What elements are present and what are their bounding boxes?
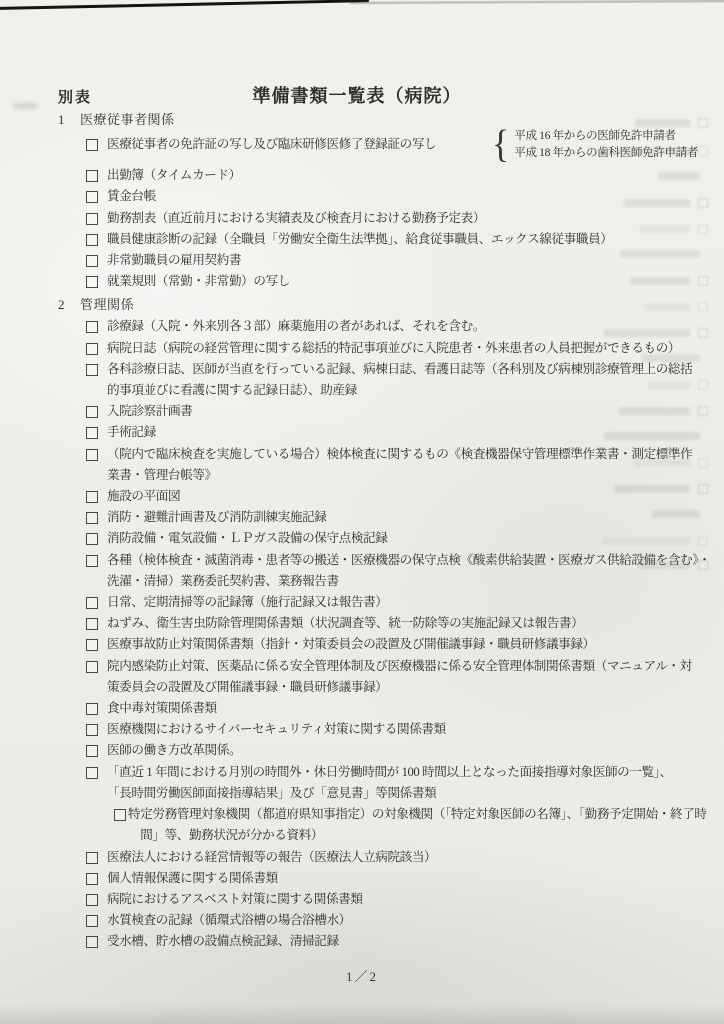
bleed-through-text-blur: [642, 354, 700, 362]
checkbox-icon: [86, 852, 98, 864]
section-number: 1: [58, 109, 80, 131]
bleed-through-text-blur: [634, 459, 690, 467]
item-text-line: 食中毒対策関係書類: [107, 698, 704, 719]
checkbox-icon: [86, 449, 98, 461]
item-text-line: 非常勤職員の雇用契約書: [107, 250, 704, 271]
scan-smudge-artifact: [12, 102, 38, 110]
bleed-through-text-blur: [604, 432, 700, 440]
item-text-line: 水質検査の記録（循環式浴槽の場合浴槽水）: [107, 910, 704, 931]
item-text: （院内で臨床検査を実施している場合）検体検査に関するもの《検査機器保守管理標準作…: [107, 444, 704, 486]
checkbox-icon: [86, 406, 98, 418]
item-text: 「直近 1 年間における月別の時間外・休日労働時間が 100 時間以上となった面…: [107, 762, 704, 804]
bleed-through-checkbox-blur: [698, 406, 708, 416]
bleed-through-text-blur: [635, 119, 690, 127]
bleed-through-artifact: [644, 302, 708, 312]
item-text: ねずみ、衛生害虫防除管理関係書類（状況調査等、統一防除等の実施記録又は報告書）: [107, 613, 704, 634]
item-text-line: 院内感染防止対策、医薬品に係る安全管理体制及び医療機器に係る安全管理体制関係書類…: [107, 656, 704, 677]
bleed-through-artifact: [604, 432, 708, 440]
checklist-item: 入院診察計画書: [58, 401, 704, 422]
checkbox-icon: [86, 703, 98, 715]
checklist-item: 消防・避難計画書及び消防訓練実施記録: [58, 507, 704, 528]
bleed-through-artifact: [620, 250, 708, 258]
item-text-line: 洗濯・清掃）業務委託契約書、業務報告書: [107, 571, 704, 592]
checkbox-icon: [86, 491, 98, 503]
item-text-line: 各科診療日誌、医師が当直を行っている記録、病棟日誌、看護日誌等（各科別及び病棟別…: [107, 359, 704, 380]
bleed-through-checkbox-blur: [698, 276, 708, 286]
bleed-through-artifact: [648, 380, 708, 390]
bleed-through-text-blur: [640, 225, 690, 233]
checklist-item: 就業規則（常勤・非常勤）の写し: [58, 271, 704, 292]
checkbox-icon: [86, 321, 98, 333]
bleed-through-checkbox-blur: [698, 560, 708, 570]
scan-edge-artifact: [350, 0, 724, 4]
item-text-line: 受水槽、貯水槽の設備点検記録、清掃記録: [107, 931, 704, 952]
bleed-through-text-blur: [652, 510, 700, 518]
checklist-item: 非常勤職員の雇用契約書: [58, 250, 704, 271]
checklist-item: 特定労務管理対象機関（都道府県知事指定）の対象機関（「特定対象医師の名簿」、「勤…: [58, 804, 704, 846]
checkbox-icon: [86, 745, 98, 757]
bleed-through-text-blur: [630, 277, 690, 285]
scanned-document-page: 別表 準備書類一覧表（病院） 1医療従事者関係医療従事者の免許証の写し及び臨床研…: [0, 0, 724, 1024]
item-text-line: 医療法人における経営情報等の報告（医療法人立病院該当）: [107, 847, 704, 868]
bleed-through-text-blur: [620, 250, 700, 258]
checklist-item: 医師の働き方改革関係。: [58, 740, 704, 761]
checklist-item: 職員健康診断の記録（全職員「労働安全衛生法準拠」、給食従事職員、エックス線従事職…: [58, 229, 704, 250]
item-text: 病院におけるアスベスト対策に関する関係書類: [107, 889, 704, 910]
checklist-item: 病院日誌（病院の経営管理に関する総括的特記事項並びに入院患者・外来患者の人員把握…: [58, 338, 704, 359]
bleed-through-checkbox-blur: [698, 458, 708, 468]
checklist-item: 日常、定期清掃等の記録簿（施行記録又は報告書）: [58, 592, 704, 613]
checkbox-icon: [86, 139, 98, 151]
checklist-item: （院内で臨床検査を実施している場合）検体検査に関するもの《検査機器保守管理標準作…: [58, 444, 704, 486]
item-text: 受水槽、貯水槽の設備点検記録、清掃記録: [107, 931, 704, 952]
section-heading-label: 医療従事者関係: [80, 109, 175, 131]
item-text-line: 特定労務管理対象機関（都道府県知事指定）の対象機関（「特定対象医師の名簿」、「勤…: [128, 804, 704, 825]
bleed-through-checkbox-blur: [698, 484, 708, 494]
bleed-through-artifact: [630, 276, 708, 286]
checklist-item: 勤務割表（直近前月における実績表及び検査月における勤務予定表）: [58, 208, 704, 229]
checkbox-icon: [86, 364, 98, 376]
item-text: 各科診療日誌、医師が当直を行っている記録、病棟日誌、看護日誌等（各科別及び病棟別…: [107, 359, 704, 401]
checklist-item: 賃金台帳: [58, 186, 704, 207]
item-text: 出勤簿（タイムカード）: [107, 165, 704, 186]
checkbox-icon: [86, 276, 98, 288]
item-text: 院内感染防止対策、医薬品に係る安全管理体制及び医療機器に係る安全管理体制関係書類…: [107, 656, 704, 698]
checkbox-icon: [86, 894, 98, 906]
item-text-line: 的事項並びに看護に関する記録日誌）、助産録: [107, 380, 704, 401]
item-text: 日常、定期清掃等の記録簿（施行記録又は報告書）: [107, 592, 704, 613]
bleed-through-artifact: [618, 406, 708, 416]
checkbox-icon: [86, 936, 98, 948]
item-text-line: 就業規則（常勤・非常勤）の写し: [107, 271, 704, 292]
bleed-through-text-blur: [604, 329, 690, 337]
bleed-through-checkbox-blur: [698, 328, 708, 338]
bleed-through-artifact: [604, 328, 708, 338]
checklist-item: 医療法人における経営情報等の報告（医療法人立病院該当）: [58, 847, 704, 868]
section-heading-label: 管理関係: [80, 294, 134, 316]
brace-icon: {: [492, 125, 509, 164]
checkbox-icon: [86, 618, 98, 630]
bleed-through-text-blur: [638, 561, 690, 569]
item-text: 医療法人における経営情報等の報告（医療法人立病院該当）: [107, 847, 704, 868]
checkbox-icon: [86, 234, 98, 246]
item-text: 食中毒対策関係書類: [107, 698, 704, 719]
document-header: 別表 準備書類一覧表（病院）: [58, 82, 682, 108]
item-text-line: 医療機関におけるサイバーセキュリティ対策に関する関係書類: [107, 719, 704, 740]
bleed-through-artifact: [658, 172, 708, 180]
item-text-line: 職員健康診断の記録（全職員「労働安全衛生法準拠」、給食従事職員、エックス線従事職…: [107, 229, 704, 250]
item-text-line: 出勤簿（タイムカード）: [107, 165, 704, 186]
item-text: 非常勤職員の雇用契約書: [107, 250, 704, 271]
doc-label: 別表: [58, 86, 92, 107]
bleed-through-artifact: [602, 536, 708, 546]
item-text: 賃金台帳: [107, 186, 704, 207]
checkbox-icon: [86, 915, 98, 927]
bleed-through-text-blur: [648, 381, 690, 389]
era-annotation: {平成 16 年からの医師免許申請者平成 18 年からの歯科医師免許申請者: [492, 126, 698, 162]
item-text: 職員健康診断の記録（全職員「労働安全衛生法準拠」、給食従事職員、エックス線従事職…: [107, 229, 704, 250]
checkbox-icon: [86, 555, 98, 567]
checklist-item: 受水槽、貯水槽の設備点検記録、清掃記録: [58, 931, 704, 952]
bleed-through-text-blur: [644, 303, 690, 311]
bleed-through-artifact: [634, 458, 708, 468]
item-text-line: （院内で臨床検査を実施している場合）検体検査に関するもの《検査機器保守管理標準作…: [107, 444, 704, 465]
item-text-line: 勤務割表（直近前月における実績表及び検査月における勤務予定表）: [107, 208, 704, 229]
checkbox-icon: [86, 724, 98, 736]
bleed-through-artifact: [642, 354, 708, 362]
bleed-through-artifact: [652, 510, 708, 518]
item-text-line: 医療事故防止対策関係書類（指針・対策委員会の設置及び開催議事録・職員研修議事録）: [107, 634, 704, 655]
checkbox-icon: [86, 767, 98, 779]
item-text: 特定労務管理対象機関（都道府県知事指定）の対象機関（「特定対象医師の名簿」、「勤…: [128, 804, 704, 846]
bleed-through-artifact: [618, 146, 708, 156]
checklist-item: 個人情報保護に関する関係書類: [58, 868, 704, 889]
item-text: 消防・避難計画書及び消防訓練実施記録: [107, 507, 704, 528]
bleed-through-checkbox-blur: [698, 302, 708, 312]
bleed-through-checkbox-blur: [698, 118, 708, 128]
checklist-item: 病院におけるアスベスト対策に関する関係書類: [58, 889, 704, 910]
checklist-item: 出勤簿（タイムカード）: [58, 165, 704, 186]
bleed-through-text-blur: [618, 407, 690, 415]
checkbox-icon: [86, 873, 98, 885]
bleed-through-checkbox-blur: [698, 198, 708, 208]
item-text-line: 日常、定期清掃等の記録簿（施行記録又は報告書）: [107, 592, 704, 613]
item-text: 入院診察計画書: [107, 401, 704, 422]
checklist-item: 各種（検体検査・滅菌消毒・患者等の搬送・医療機器の保守点検《酸素供給装置・医療ガ…: [58, 550, 704, 592]
item-text-line: 「長時間労働医師面接指導結果」及び「意見書」等関係書類: [107, 783, 704, 804]
checkbox-icon: [86, 597, 98, 609]
item-text-line: 医師の働き方改革関係。: [107, 740, 704, 761]
era-annotation-line: 平成 16 年からの医師免許申請者: [514, 127, 698, 144]
item-text-line: 間」等、勤務状況が分かる資料）: [128, 825, 704, 846]
bleed-through-text-blur: [618, 147, 690, 155]
item-text-line: 賃金台帳: [107, 186, 704, 207]
item-text: 勤務割表（直近前月における実績表及び検査月における勤務予定表）: [107, 208, 704, 229]
bleed-through-text-blur: [614, 485, 690, 493]
checklist-item: 各科診療日誌、医師が当直を行っている記録、病棟日誌、看護日誌等（各科別及び病棟別…: [58, 359, 704, 401]
bleed-through-artifact: [638, 560, 708, 570]
checkbox-icon: [86, 639, 98, 651]
item-text-line: 「直近 1 年間における月別の時間外・休日労働時間が 100 時間以上となった面…: [107, 762, 704, 783]
item-text-line: 策委員会の設置及び開催議事録・職員研修議事録）: [107, 677, 704, 698]
item-text: 個人情報保護に関する関係書類: [107, 868, 704, 889]
item-text-line: 病院におけるアスベスト対策に関する関係書類: [107, 889, 704, 910]
item-text: 水質検査の記録（循環式浴槽の場合浴槽水）: [107, 910, 704, 931]
scan-edge-artifact: [0, 0, 369, 10]
item-text: 医師の働き方改革関係。: [107, 740, 704, 761]
item-text: 医療事故防止対策関係書類（指針・対策委員会の設置及び開催議事録・職員研修議事録）: [107, 634, 704, 655]
bleed-through-checkbox-blur: [698, 536, 708, 546]
bleed-through-text-blur: [602, 537, 690, 545]
bleed-through-checkbox-blur: [698, 224, 708, 234]
page-number: 1／2: [0, 966, 724, 985]
item-text-line: 消防・避難計画書及び消防訓練実施記録: [107, 507, 704, 528]
checkbox-icon: [86, 170, 98, 182]
checkbox-icon: [86, 427, 98, 439]
checkbox-icon: [86, 661, 98, 673]
checklist-item: 食中毒対策関係書類: [58, 698, 704, 719]
item-text: 病院日誌（病院の経営管理に関する総括的特記事項並びに入院患者・外来患者の人員把握…: [107, 338, 704, 359]
bleed-through-artifact: [635, 118, 708, 128]
bleed-through-checkbox-blur: [698, 380, 708, 390]
checkbox-icon: [114, 809, 126, 821]
checkbox-icon: [86, 533, 98, 545]
checklist-item: 医療機関におけるサイバーセキュリティ対策に関する関係書類: [58, 719, 704, 740]
bleed-through-artifact: [624, 198, 708, 208]
page-title: 準備書類一覧表（病院）: [92, 82, 682, 108]
section-heading: 2管理関係: [58, 294, 704, 316]
checklist: 1医療従事者関係医療従事者の免許証の写し及び臨床研修医修了登録証の写し{平成 1…: [58, 109, 704, 953]
item-text: 各種（検体検査・滅菌消毒・患者等の搬送・医療機器の保守点検《酸素供給装置・医療ガ…: [107, 550, 704, 592]
checkbox-icon: [86, 213, 98, 225]
checklist-item: 医療事故防止対策関係書類（指針・対策委員会の設置及び開催議事録・職員研修議事録）: [58, 634, 704, 655]
bleed-through-text-blur: [624, 199, 690, 207]
bleed-through-checkbox-blur: [698, 146, 708, 156]
checklist-item: 水質検査の記録（循環式浴槽の場合浴槽水）: [58, 910, 704, 931]
checklist-item: 「直近 1 年間における月別の時間外・休日労働時間が 100 時間以上となった面…: [58, 762, 704, 804]
item-text-line: 業書・管理台帳等》: [107, 465, 704, 486]
scan-edge-artifact: [0, 1004, 724, 1024]
checklist-item: 施設の平面図: [58, 486, 704, 507]
item-text: 就業規則（常勤・非常勤）の写し: [107, 271, 704, 292]
checkbox-icon: [86, 512, 98, 524]
checkbox-icon: [86, 255, 98, 267]
item-text-line: 個人情報保護に関する関係書類: [107, 868, 704, 889]
checkbox-icon: [86, 191, 98, 203]
checkbox-icon: [86, 343, 98, 355]
section-number: 2: [58, 294, 80, 316]
item-text-line: 病院日誌（病院の経営管理に関する総括的特記事項並びに入院患者・外来患者の人員把握…: [107, 338, 704, 359]
item-text: 医療機関におけるサイバーセキュリティ対策に関する関係書類: [107, 719, 704, 740]
bleed-through-artifact: [640, 224, 708, 234]
item-text-line: 各種（検体検査・滅菌消毒・患者等の搬送・医療機器の保守点検《酸素供給装置・医療ガ…: [107, 550, 704, 571]
item-text-line: ねずみ、衛生害虫防除管理関係書類（状況調査等、統一防除等の実施記録又は報告書）: [107, 613, 704, 634]
item-text-line: 入院診察計画書: [107, 401, 704, 422]
checklist-item: ねずみ、衛生害虫防除管理関係書類（状況調査等、統一防除等の実施記録又は報告書）: [58, 613, 704, 634]
checklist-item: 医療従事者の免許証の写し及び臨床研修医修了登録証の写し{平成 16 年からの医師…: [58, 134, 704, 155]
bleed-through-text-blur: [658, 172, 700, 180]
checklist-item: 院内感染防止対策、医薬品に係る安全管理体制及び医療機器に係る安全管理体制関係書類…: [58, 656, 704, 698]
bleed-through-artifact: [614, 484, 708, 494]
